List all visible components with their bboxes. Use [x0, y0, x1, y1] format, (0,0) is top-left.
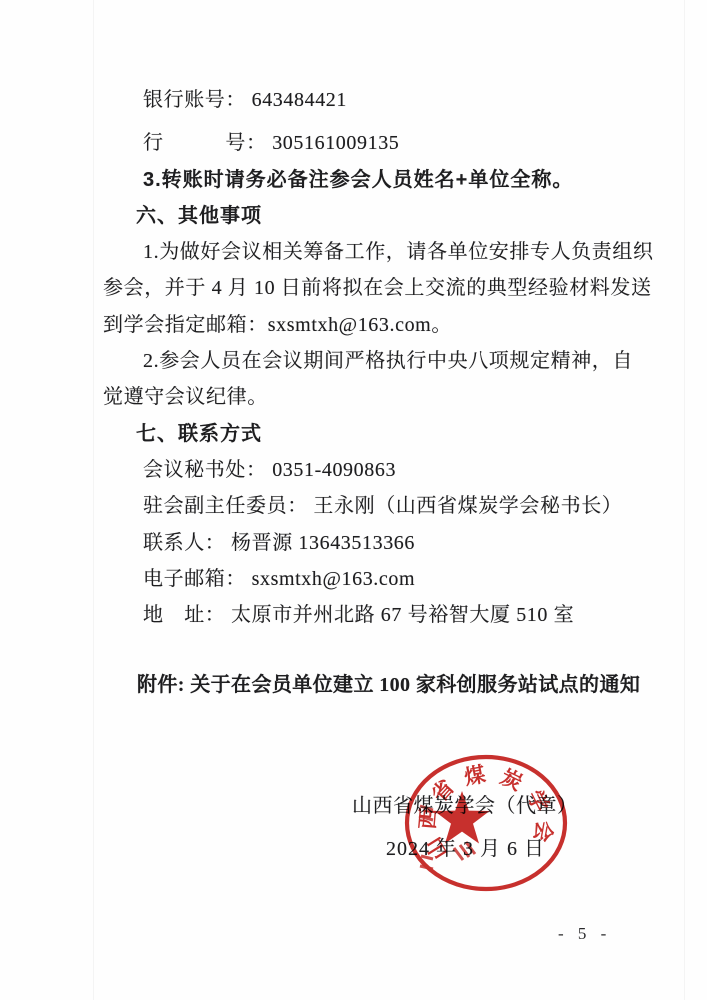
bank-number-line: 行 号： 305161009135	[103, 125, 618, 161]
other-item-2-line-2: 觉遵守会议纪律。	[103, 379, 618, 415]
other-item-1-line-3: 到学会指定邮箱：sxsmtxh@163.com。	[103, 307, 618, 343]
other-item-1-line-2: 参会，并于 4 月 10 日前将拟在会上交流的典型经验材料发送	[103, 270, 618, 306]
scan-artifact-left	[93, 0, 94, 1000]
email-line: 电子邮箱： sxsmtxh@163.com	[103, 561, 618, 597]
attachment-line: 附件: 关于在会员单位建立 100 家科创服务站试点的通知	[137, 668, 640, 697]
transfer-note-line: 3.转账时请务必备注参会人员姓名+单位全称。	[103, 162, 618, 198]
seal-char-5: 炭	[497, 765, 526, 796]
seal-char-2: 西	[416, 807, 441, 830]
seal-char-6: 学	[522, 786, 553, 816]
section-seven-heading: 七、联系方式	[103, 416, 618, 452]
contact-person-line: 联系人： 杨晋源 13643513366	[103, 525, 618, 561]
deputy-director-line: 驻会副主任委员： 王永刚（山西省煤炭学会秘书长）	[103, 488, 618, 524]
secretariat-line: 会议秘书处： 0351-4090863	[103, 452, 618, 488]
other-item-1-line-1: 1.为做好会议相关筹备工作，请各单位安排专人负责组织	[103, 234, 618, 270]
seal-char-7: 会	[529, 819, 556, 844]
bank-account-line: 银行账号： 643484421	[103, 82, 618, 118]
other-item-2-line-1: 2.参会人员在会议期间严格执行中央八项规定精神，自	[103, 343, 618, 379]
page-number: - 5 -	[558, 924, 611, 944]
seal-char-4: 煤	[461, 762, 487, 790]
document-body: 银行账号： 643484421 行 号： 305161009135 3.转账时请…	[103, 82, 618, 633]
scan-artifact-right	[684, 0, 685, 1000]
seal-char-3: 省	[427, 775, 459, 807]
document-page: 银行账号： 643484421 行 号： 305161009135 3.转账时请…	[0, 0, 707, 1000]
official-seal: 山 西 省 煤 炭 学 会	[398, 748, 574, 898]
address-line: 地 址： 太原市并州北路 67 号裕智大厦 510 室	[103, 597, 618, 633]
section-six-heading: 六、其他事项	[103, 198, 618, 234]
